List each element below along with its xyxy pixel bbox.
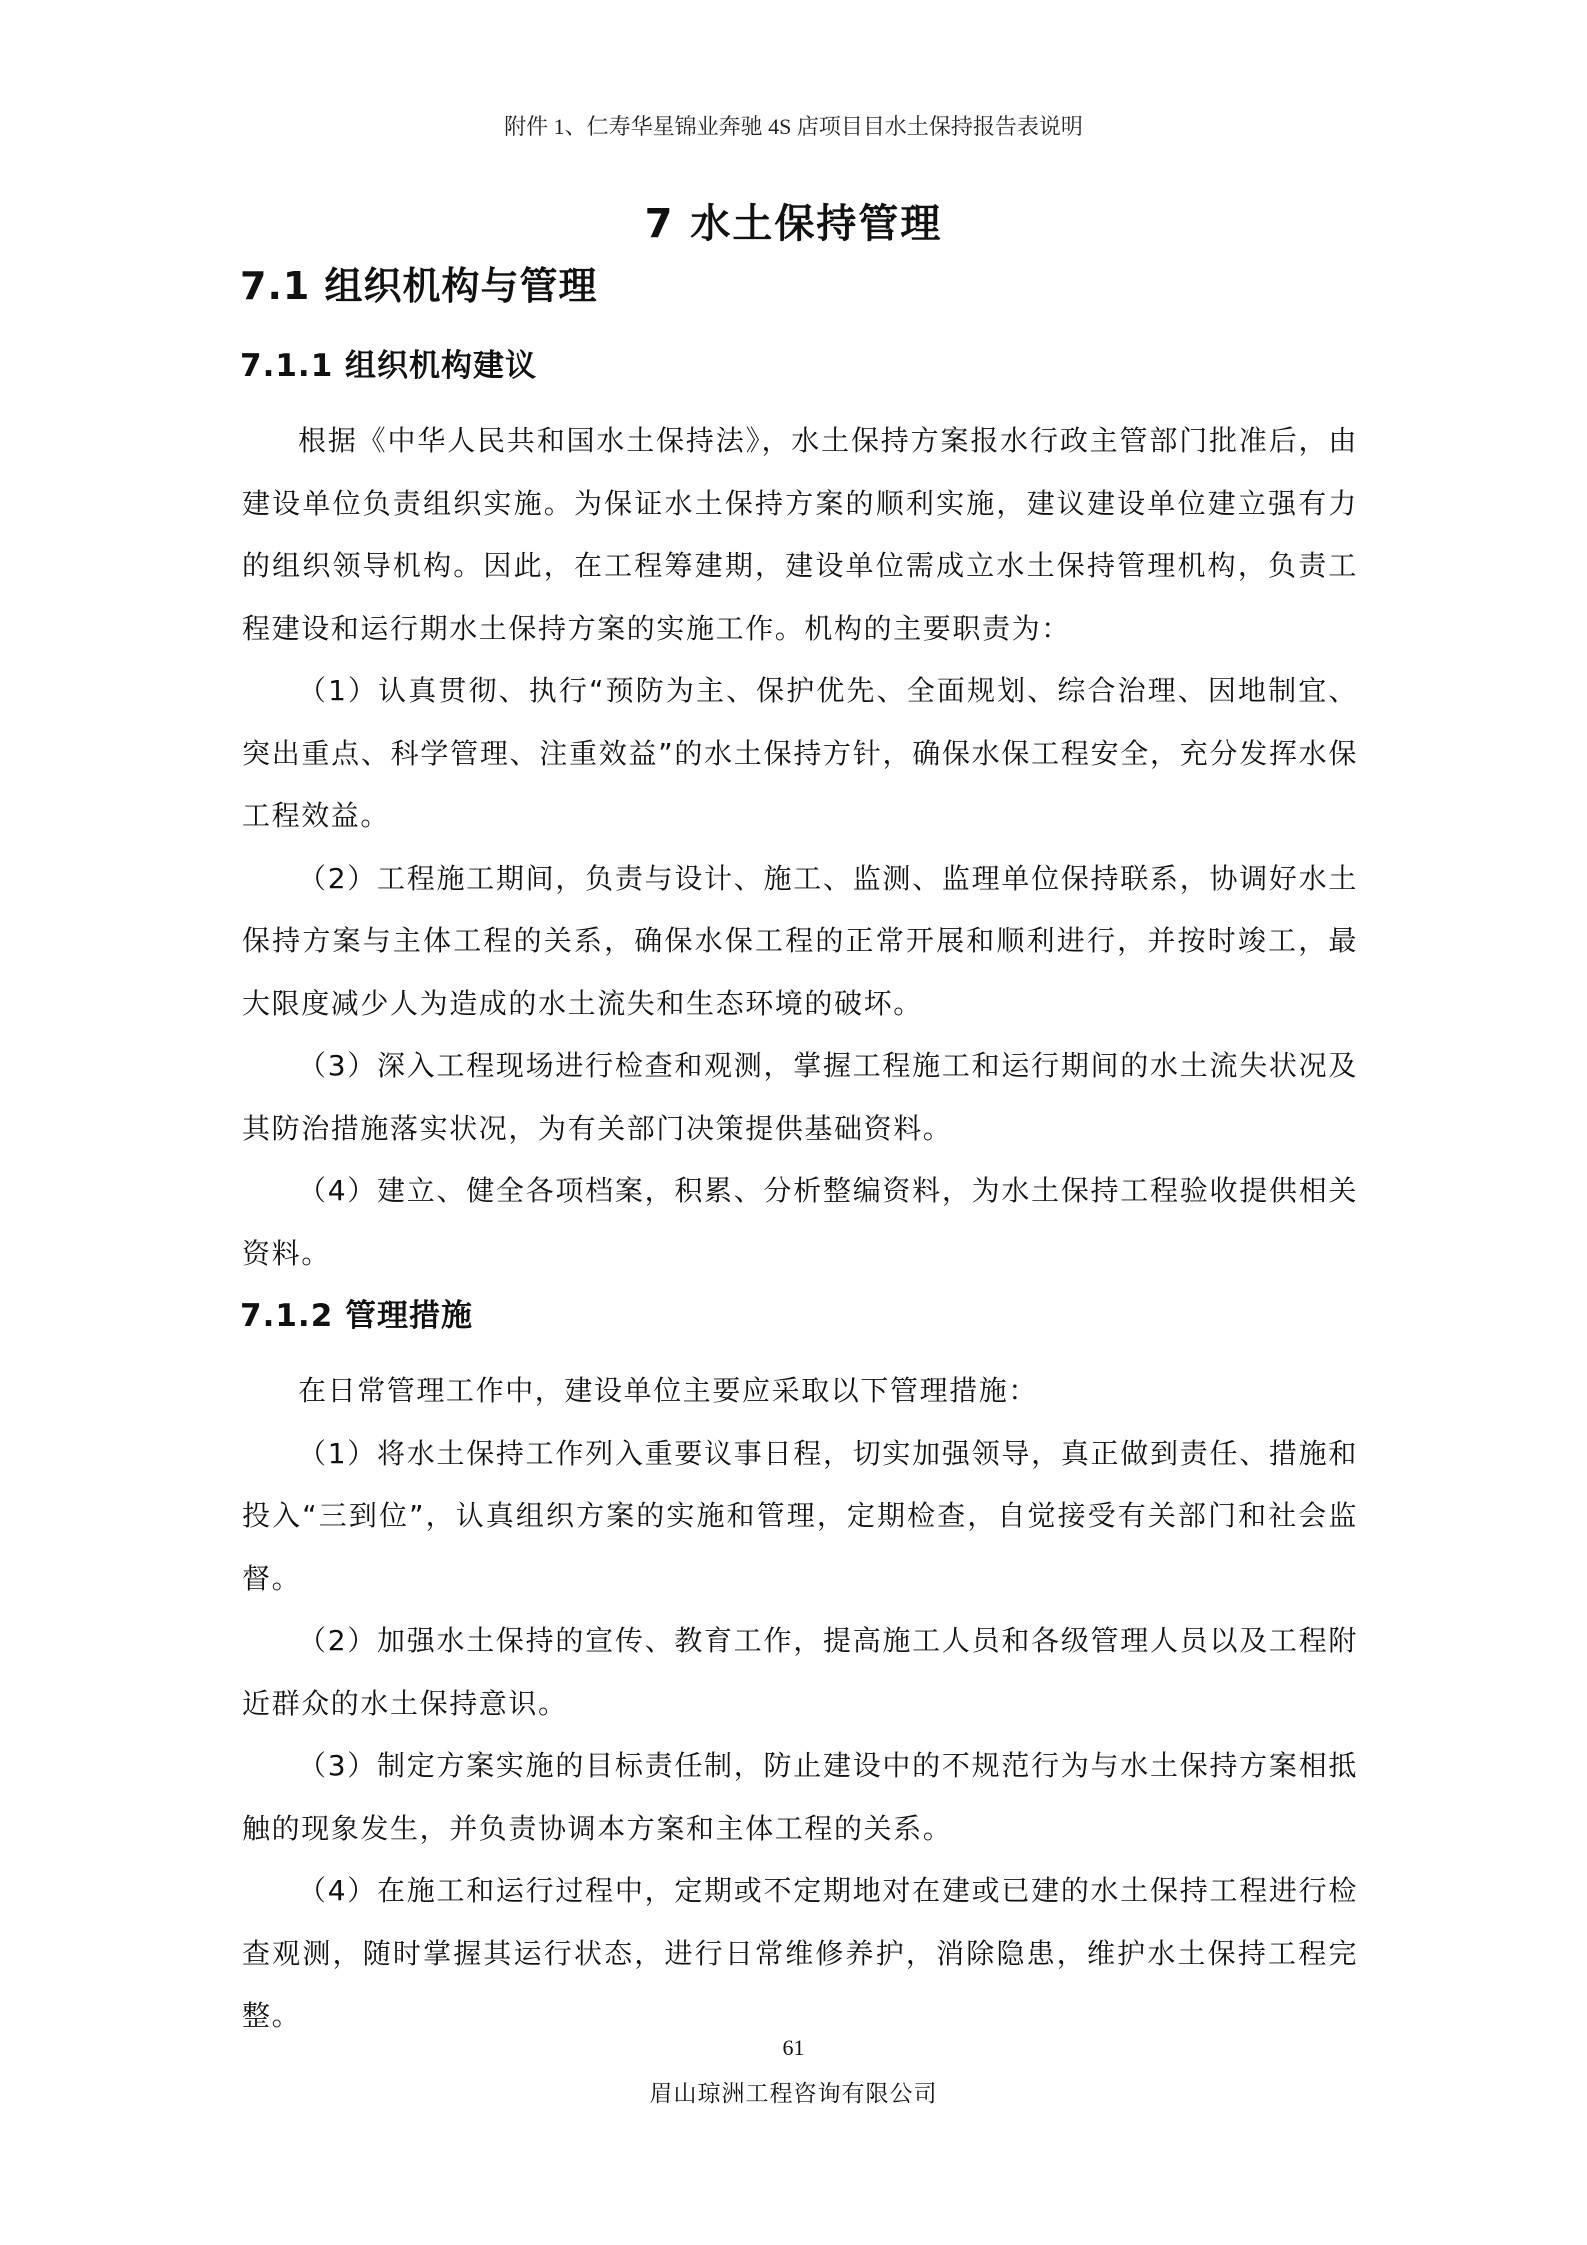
section-heading-7-1-1: 7.1.1 组织机构建议 [240,343,537,389]
section-heading-7-1-2: 7.1.2 管理措施 [240,1293,473,1339]
paragraph: 根据《中华人民共和国水土保持法》，水土保持方案报水行政主管部门批准后，由建设单位… [242,410,1358,660]
list-item: （4）在施工和运行过程中，定期或不定期地对在建或已建的水土保持工程进行检查观测，… [242,1860,1358,2048]
chapter-title: 7 水土保持管理 [0,196,1587,252]
section-body-7-1-2: 在日常管理工作中，建设单位主要应采取以下管理措施： （1）将水土保持工作列入重要… [242,1360,1358,2048]
list-item: （3）制定方案实施的目标责任制，防止建设中的不规范行为与水土保持方案相抵触的现象… [242,1735,1358,1860]
list-item: （4）建立、健全各项档案，积累、分析整编资料，为水土保持工程验收提供相关资料。 [242,1160,1358,1285]
page-header: 附件 1、仁寿华星锦业奔驰 4S 店项目目水土保持报告表说明 [0,112,1587,142]
list-item: （3）深入工程现场进行检查和观测，掌握工程施工和运行期间的水土流失状况及其防治措… [242,1035,1358,1160]
list-item: （2）加强水土保持的宣传、教育工作，提高施工人员和各级管理人员以及工程附近群众的… [242,1610,1358,1735]
list-item: （2）工程施工期间，负责与设计、施工、监测、监理单位保持联系，协调好水土保持方案… [242,848,1358,1036]
list-item: （1）将水土保持工作列入重要议事日程，切实加强领导，真正做到责任、措施和投入“三… [242,1423,1358,1611]
section-body-7-1-1: 根据《中华人民共和国水土保持法》，水土保持方案报水行政主管部门批准后，由建设单位… [242,410,1358,1285]
paragraph: 在日常管理工作中，建设单位主要应采取以下管理措施： [242,1360,1358,1423]
page-number: 61 [0,2033,1587,2063]
page-footer-company: 眉山琼洲工程咨询有限公司 [0,2078,1587,2110]
section-heading-7-1: 7.1 组织机构与管理 [240,258,598,314]
list-item: （1）认真贯彻、执行“预防为主、保护优先、全面规划、综合治理、因地制宜、突出重点… [242,660,1358,848]
